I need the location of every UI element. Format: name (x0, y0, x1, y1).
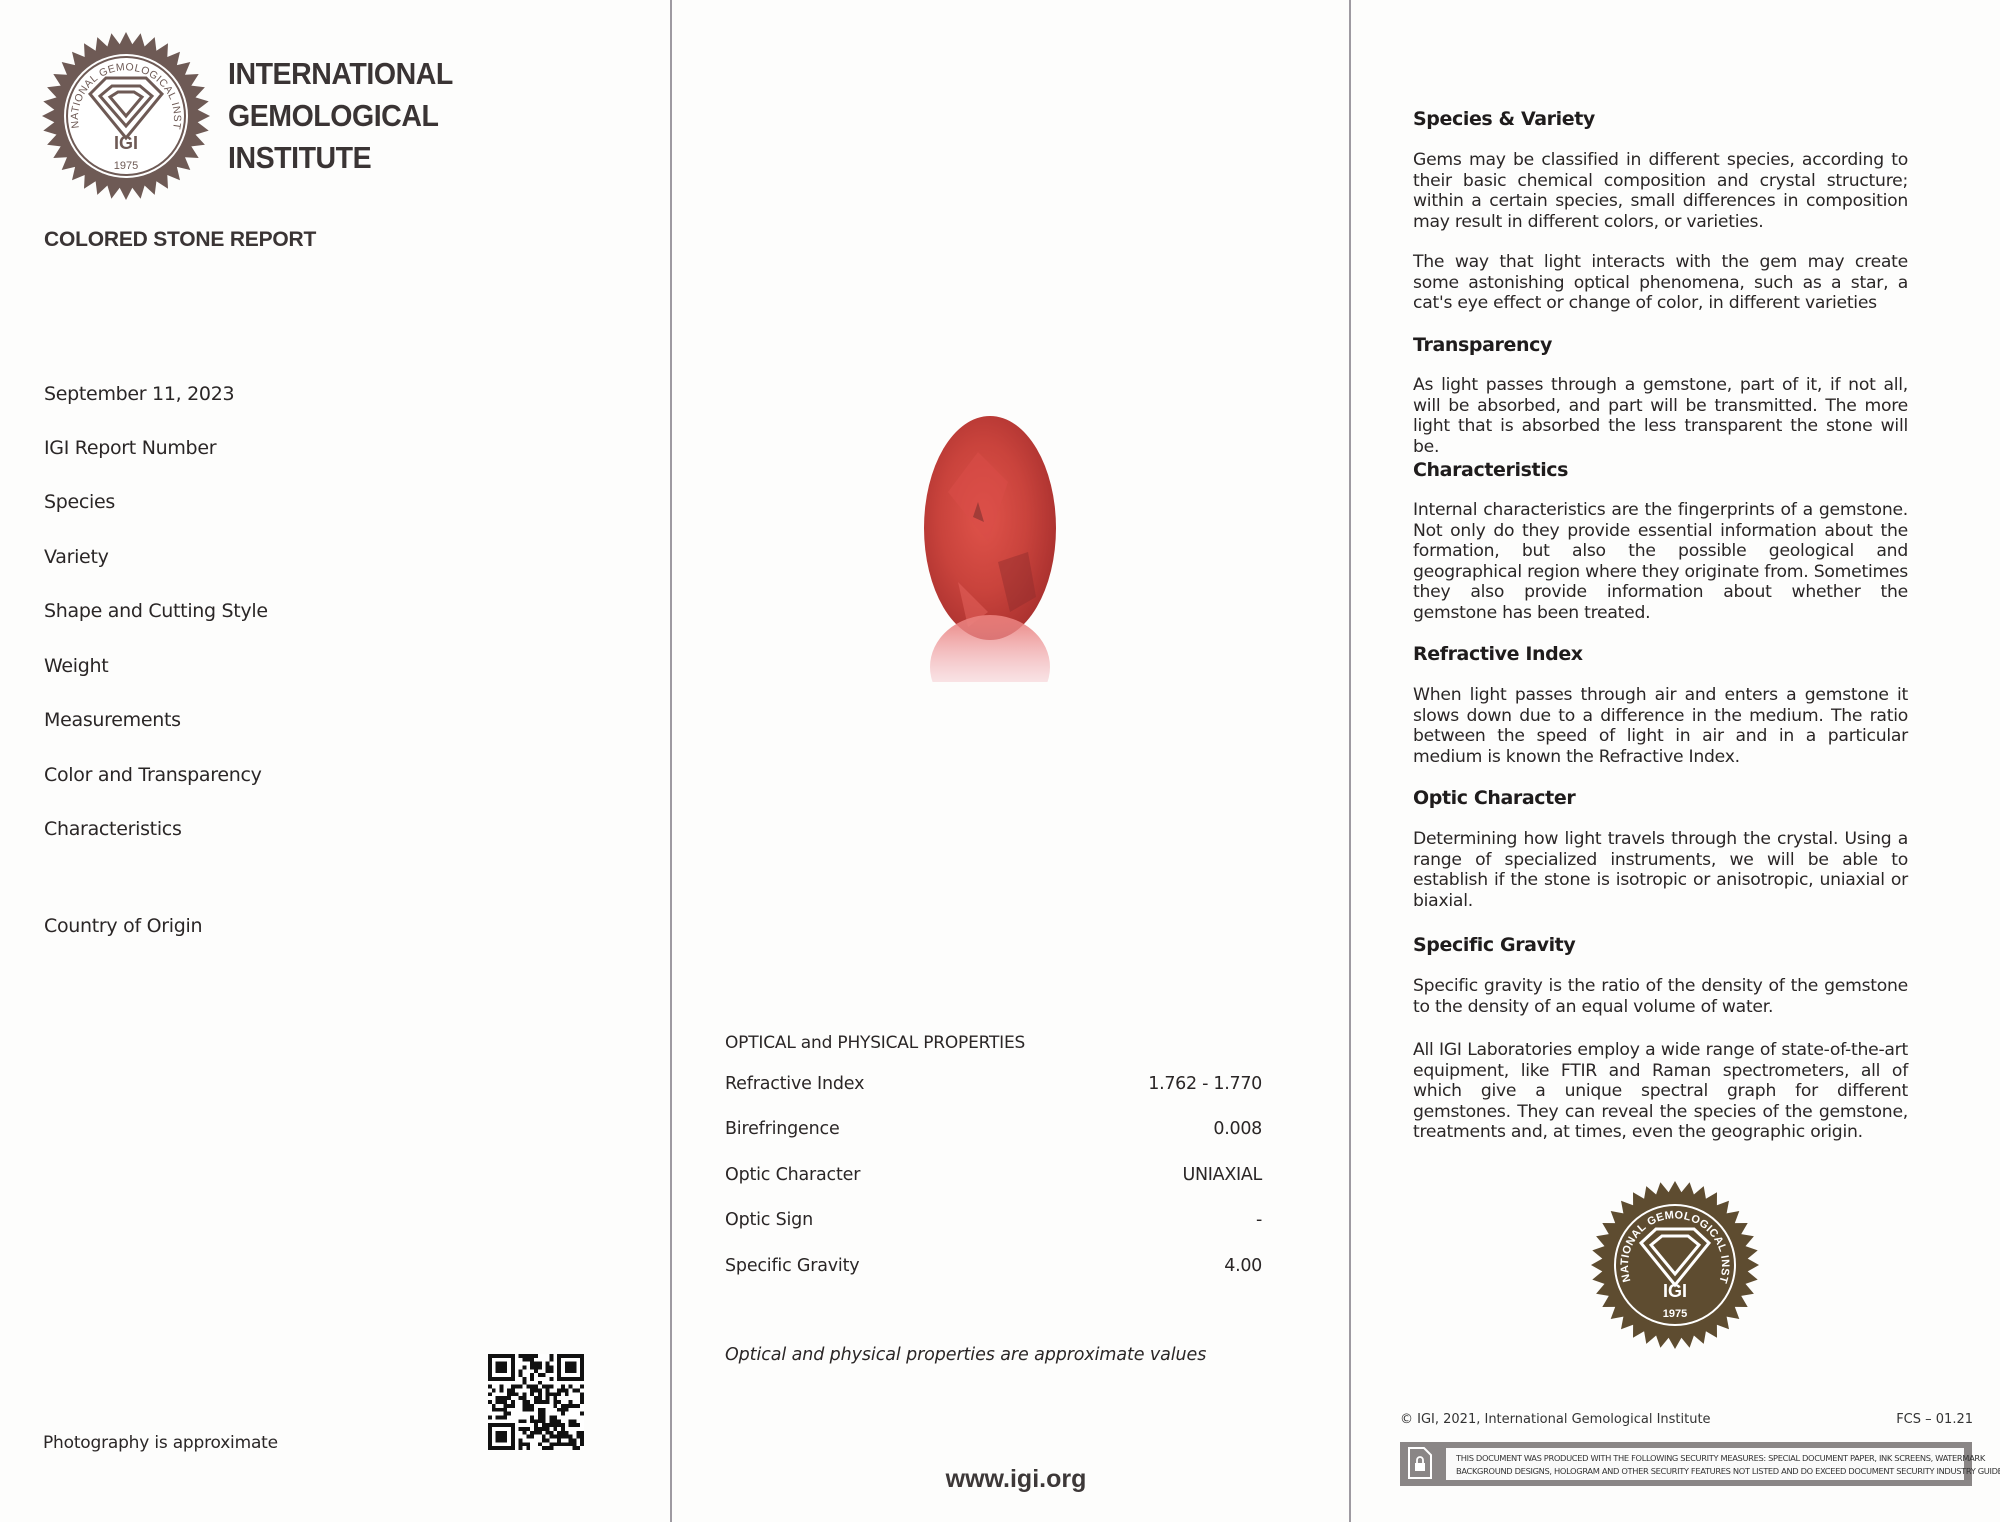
report-panel: INTERNATIONAL GEMOLOGICAL INSTITUTE IGI … (0, 0, 670, 1522)
report-title: COLORED STONE REPORT (44, 228, 316, 252)
section-paragraph: Internal characteristics are the fingerp… (1413, 500, 1908, 623)
field-label: Species (44, 491, 115, 513)
brand-name-line-2: GEMOLOGICAL (228, 100, 438, 131)
field-label: Shape and Cutting Style (44, 600, 268, 622)
report-date: September 11, 2023 (44, 383, 234, 405)
properties-heading: OPTICAL and PHYSICAL PROPERTIES (725, 1033, 1025, 1053)
gemstone-photo (918, 412, 1062, 682)
svg-text:IGI: IGI (114, 133, 138, 153)
property-label: Birefringence (725, 1119, 840, 1139)
svg-text:IGI: IGI (1663, 1281, 1687, 1301)
section-heading: Transparency (1413, 334, 1552, 356)
svg-text:1975: 1975 (1663, 1308, 1687, 1320)
field-label: Measurements (44, 709, 181, 731)
form-code: FCS – 01.21 (1896, 1412, 1973, 1427)
copyright-notice: © IGI, 2021, International Gemological I… (1400, 1412, 1711, 1427)
brand-name-line-1: INTERNATIONAL (228, 58, 453, 89)
section-paragraph: Specific gravity is the ratio of the den… (1413, 976, 1908, 1017)
section-heading: Refractive Index (1413, 643, 1583, 665)
properties-disclaimer: Optical and physical properties are appr… (725, 1345, 1206, 1365)
field-label: Color and Transparency (44, 764, 262, 786)
section-heading: Characteristics (1413, 459, 1568, 481)
property-label: Refractive Index (725, 1074, 864, 1094)
lock-document-icon (1408, 1447, 1432, 1479)
property-value: 1.762 - 1.770 (1148, 1074, 1262, 1094)
field-label: IGI Report Number (44, 437, 216, 459)
brand-name-line-3: INSTITUTE (228, 142, 371, 173)
section-paragraph: The way that light interacts with the ge… (1413, 252, 1908, 314)
section-paragraph: As light passes through a gemstone, part… (1413, 375, 1908, 457)
property-label: Optic Sign (725, 1210, 813, 1230)
igi-gold-seal: INTERNATIONAL GEMOLOGICAL INSTITUTE IGI … (1590, 1180, 1760, 1350)
property-value: UNIAXIAL (1182, 1165, 1262, 1185)
field-label: Characteristics (44, 818, 182, 840)
property-value: 0.008 (1213, 1119, 1262, 1139)
section-paragraph: Gems may be classified in different spec… (1413, 150, 1908, 232)
igi-seal-logo: INTERNATIONAL GEMOLOGICAL INSTITUTE IGI … (40, 30, 212, 202)
svg-text:1975: 1975 (114, 160, 138, 172)
field-label: Country of Origin (44, 915, 202, 937)
field-label: Variety (44, 546, 109, 568)
security-notice-line-1: THIS DOCUMENT WAS PRODUCED WITH THE FOLL… (1456, 1452, 1958, 1465)
security-notice-bar: THIS DOCUMENT WAS PRODUCED WITH THE FOLL… (1400, 1442, 1972, 1486)
section-paragraph: All IGI Laboratories employ a wide range… (1413, 1040, 1908, 1143)
section-paragraph: When light passes through air and enters… (1413, 685, 1908, 767)
section-heading: Species & Variety (1413, 108, 1595, 130)
panel-fold-right (1349, 0, 1351, 1522)
qr-code[interactable] (488, 1354, 584, 1450)
website-link[interactable]: www.igi.org (676, 1465, 1356, 1494)
property-label: Optic Character (725, 1165, 860, 1185)
security-notice-line-2: BACKGROUND DESIGNS, HOLOGRAM AND OTHER S… (1456, 1465, 1958, 1478)
section-heading: Optic Character (1413, 787, 1575, 809)
property-label: Specific Gravity (725, 1256, 859, 1276)
section-paragraph: Determining how light travels through th… (1413, 829, 1908, 911)
photography-note: Photography is approximate (43, 1433, 278, 1453)
property-value: - (1256, 1210, 1262, 1230)
properties-panel (672, 0, 1349, 1522)
section-heading: Specific Gravity (1413, 934, 1575, 956)
field-label: Weight (44, 655, 108, 677)
property-value: 4.00 (1224, 1256, 1262, 1276)
